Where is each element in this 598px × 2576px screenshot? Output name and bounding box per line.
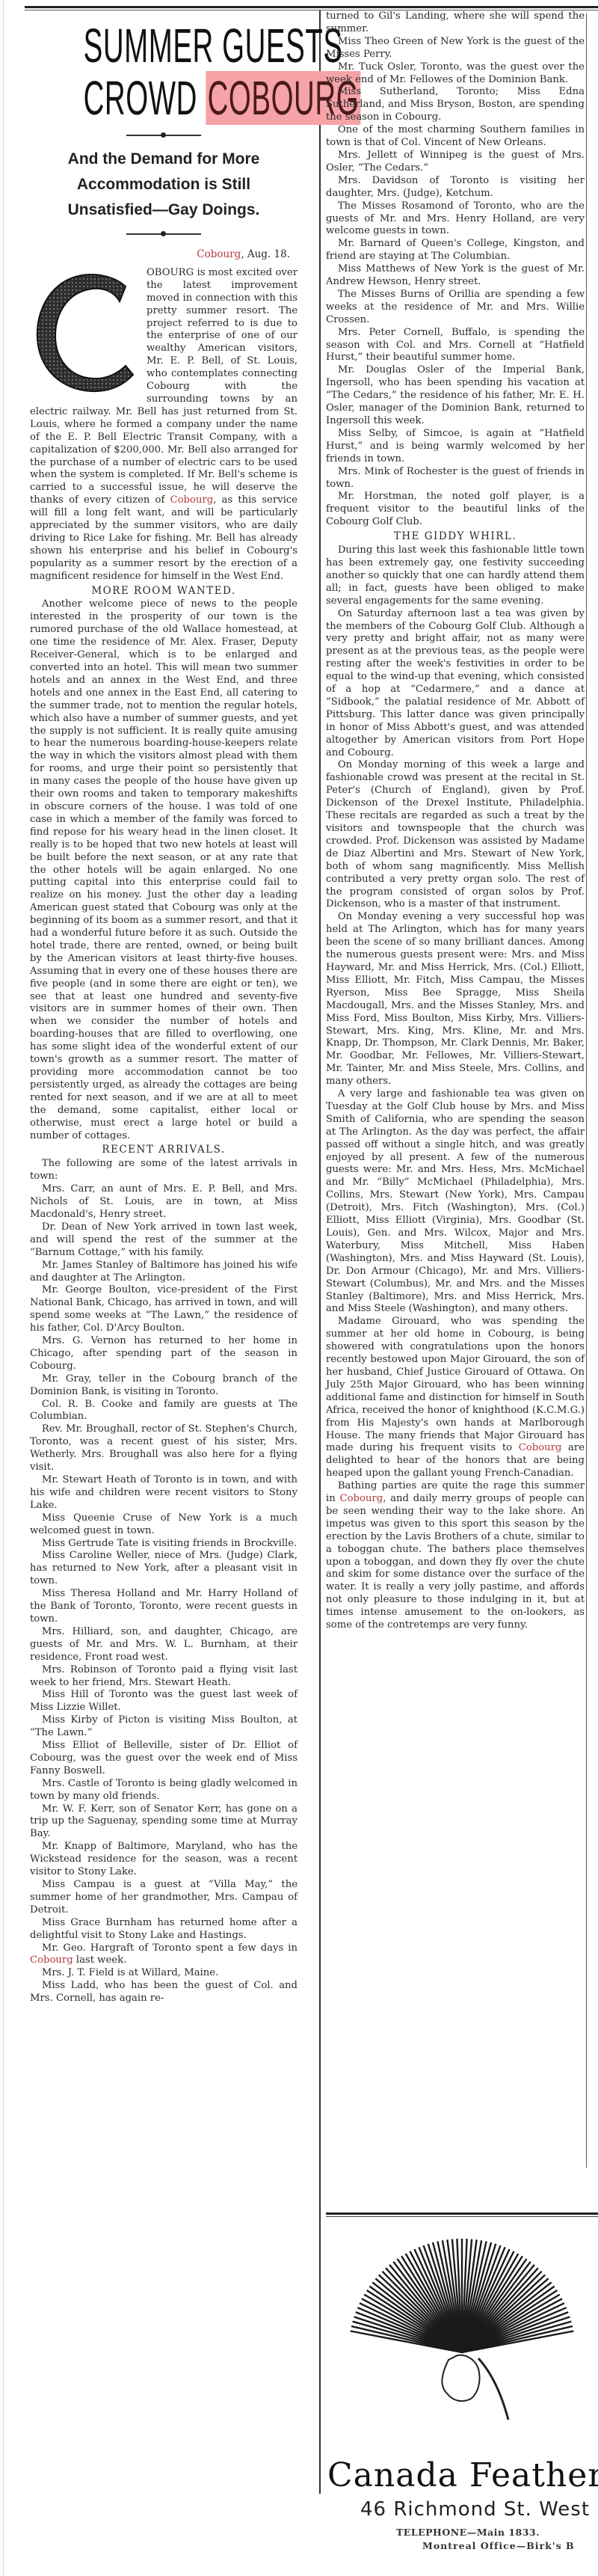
list-item: Mr. Stewart Heath of Toronto is in town,… xyxy=(30,1474,298,1512)
list-item: Mr. Geo. Hargraft of Toronto spent a few… xyxy=(30,1942,298,1968)
section-recent-arrivals-body: The following are some of the latest arr… xyxy=(30,1158,298,1942)
feather-fan-icon xyxy=(329,2233,598,2435)
list-item: On Saturday afternoon last a tea was giv… xyxy=(326,608,585,760)
list-item: Miss Queenie Cruse of New York is a much… xyxy=(30,1512,298,1538)
list-item: Mrs. Hilliard, son, and daughter, Chicag… xyxy=(30,1626,298,1664)
list-item: Mr. Barnard of Queen's College, Kingston… xyxy=(326,238,585,263)
list-item: Mr. Douglas Osler of the Imperial Bank, … xyxy=(326,364,585,428)
list-item: Mr. Knapp of Baltimore, Maryland, who ha… xyxy=(30,1841,298,1879)
inline-cobourg-highlight: Cobourg xyxy=(30,1954,73,1966)
inline-cobourg-highlight: Cobourg xyxy=(170,494,214,506)
dateline: Cobourg, Aug. 18. xyxy=(30,248,290,261)
headline-line-2: CROWD COBOURG xyxy=(84,72,244,124)
list-item: The Misses Rosamond of Toronto, who are … xyxy=(326,200,585,239)
list-item: Miss Matthews of New York is the guest o… xyxy=(326,263,585,289)
section-giddy-whirl-body: During this last week this fashionable l… xyxy=(326,545,585,1316)
list-item: Dr. Dean of New York arrived in town las… xyxy=(30,1221,298,1260)
section-heading-more-room: MORE ROOM WANTED. xyxy=(30,585,298,598)
dateline-place: Cobourg xyxy=(197,248,241,260)
dateline-date: , Aug. 18. xyxy=(241,248,290,260)
right-column-rule xyxy=(586,13,587,2168)
list-item: Rev. Mr. Broughall, rector of St. Stephe… xyxy=(30,1423,298,1474)
list-item: Mrs. J. T. Field is at Willard, Maine. xyxy=(30,1967,298,1980)
list-item: Mrs. Peter Cornell, Buffalo, is spending… xyxy=(326,327,585,365)
list-item: Mrs. Robinson of Toronto paid a flying v… xyxy=(30,1664,298,1690)
list-item: Miss Hill of Toronto was the guest last … xyxy=(30,1689,298,1714)
list-item: Another welcome piece of news to the peo… xyxy=(30,598,298,1142)
ad-company-name: Canada Featherbone xyxy=(327,2457,598,2494)
list-item: Miss Sutherland, Toronto; Miss Edna Suth… xyxy=(326,86,585,124)
list-item: Mrs. G. Vernon has returned to her home … xyxy=(30,1335,298,1373)
list-item: Col. R. B. Cooke and family are guests a… xyxy=(30,1399,298,1424)
list-item: turned to Gil's Landing, where she will … xyxy=(326,10,585,36)
headline-prefix: CROWD xyxy=(84,71,197,125)
ad-telephone: TELEPHONE—Main 1833. xyxy=(396,2527,540,2538)
section-heading-recent-arrivals: RECENT ARRIVALS. xyxy=(30,1144,298,1156)
subheadline: And the Demand for More Accommodation is… xyxy=(30,147,298,223)
list-item: Mr. Gray, teller in the Cobourg branch o… xyxy=(30,1373,298,1399)
ornament-divider xyxy=(126,135,201,136)
inline-cobourg-highlight: Cobourg xyxy=(340,1493,383,1504)
social-notes: turned to Gil's Landing, where she will … xyxy=(326,10,585,529)
section-recent-arrivals-tail: Mrs. J. T. Field is at Willard, Maine.Mi… xyxy=(30,1967,298,2005)
list-item: Mr. Tuck Osler, Toronto, was the guest o… xyxy=(326,61,585,87)
list-item: On Monday morning of this week a large a… xyxy=(326,759,585,911)
list-item: Mrs. Davidson of Toronto is visiting her… xyxy=(326,175,585,200)
list-item: Miss Selby, of Simcoe, is again at “Hatf… xyxy=(326,428,585,466)
list-item: Mr. George Boulton, vice-president of th… xyxy=(30,1284,298,1335)
section-more-room-body: Another welcome piece of news to the peo… xyxy=(30,598,298,1142)
list-item: Miss Kirby of Picton is visiting Miss Bo… xyxy=(30,1714,298,1740)
ornament-divider-2 xyxy=(126,233,201,235)
list-item: Miss Theo Green of New York is the guest… xyxy=(326,36,585,61)
ad-top-rule xyxy=(326,2212,598,2215)
list-item: A very large and fashionable tea was giv… xyxy=(326,1088,585,1316)
list-item: Miss Theresa Holland and Mr. Harry Holla… xyxy=(30,1588,298,1626)
list-item: Miss Elliot of Belleville, sister of Dr.… xyxy=(30,1740,298,1778)
inline-cobourg-highlight: Cobourg xyxy=(519,1442,562,1453)
list-item: Miss Gertrude Tate is visiting friends i… xyxy=(30,1538,298,1551)
list-item: Mr. James Stanley of Baltimore has joine… xyxy=(30,1260,298,1285)
ad-address: 46 Richmond St. West xyxy=(360,2498,590,2521)
list-item: Mrs. Mink of Rochester is the guest of f… xyxy=(326,466,585,491)
article-intro: OBOURG is most excited over the latest i… xyxy=(30,267,298,583)
list-item: During this last week this fashionable l… xyxy=(326,545,585,608)
newspaper-page: SUMMER GUESTS CROWD COBOURG And the Dema… xyxy=(0,0,598,2576)
ad-office: Montreal Office—Birk's B xyxy=(422,2540,575,2551)
list-item: Bathing parties are quite the rage this … xyxy=(326,1480,585,1632)
list-item: One of the most charming Southern famili… xyxy=(326,124,585,150)
list-item: The Misses Burns of Orillia are spending… xyxy=(326,289,585,327)
list-item: Miss Ladd, who has been the guest of Col… xyxy=(30,1980,298,2005)
left-column: SUMMER GUESTS CROWD COBOURG And the Dema… xyxy=(30,0,298,2005)
list-item: Madame Girouard, who was spending the su… xyxy=(326,1316,585,1480)
list-item: Mrs. Carr, an aunt of Mrs. E. P. Bell, a… xyxy=(30,1183,298,1221)
section-heading-giddy-whirl: THE GIDDY WHIRL. xyxy=(326,530,585,543)
list-item: Miss Grace Burnham has returned home aft… xyxy=(30,1917,298,1942)
page-edge-rule xyxy=(3,0,4,2576)
list-item: Miss Caroline Weller, niece of Mrs. (Jud… xyxy=(30,1550,298,1588)
list-item: Mr. Horstman, the noted golf player, is … xyxy=(326,491,585,529)
ornamental-dropcap-icon xyxy=(30,270,142,397)
headline-line-1: SUMMER GUESTS xyxy=(84,19,244,72)
ad-top-rule-thin xyxy=(326,2216,598,2217)
list-item: Mr. W. F. Kerr, son of Senator Kerr, has… xyxy=(30,1803,298,1841)
right-column: turned to Gil's Landing, where she will … xyxy=(326,10,585,1632)
list-item: Mrs. Castle of Toronto is being gladly w… xyxy=(30,1778,298,1803)
list-item: Mrs. Jellett of Winnipeg is the guest of… xyxy=(326,150,585,175)
column-divider xyxy=(319,10,321,2494)
list-item: On Monday evening a very successful hop … xyxy=(326,911,585,1088)
list-item: Miss Campau is a guest at “Villa May,” t… xyxy=(30,1879,298,1917)
list-item: The following are some of the latest arr… xyxy=(30,1158,298,1183)
